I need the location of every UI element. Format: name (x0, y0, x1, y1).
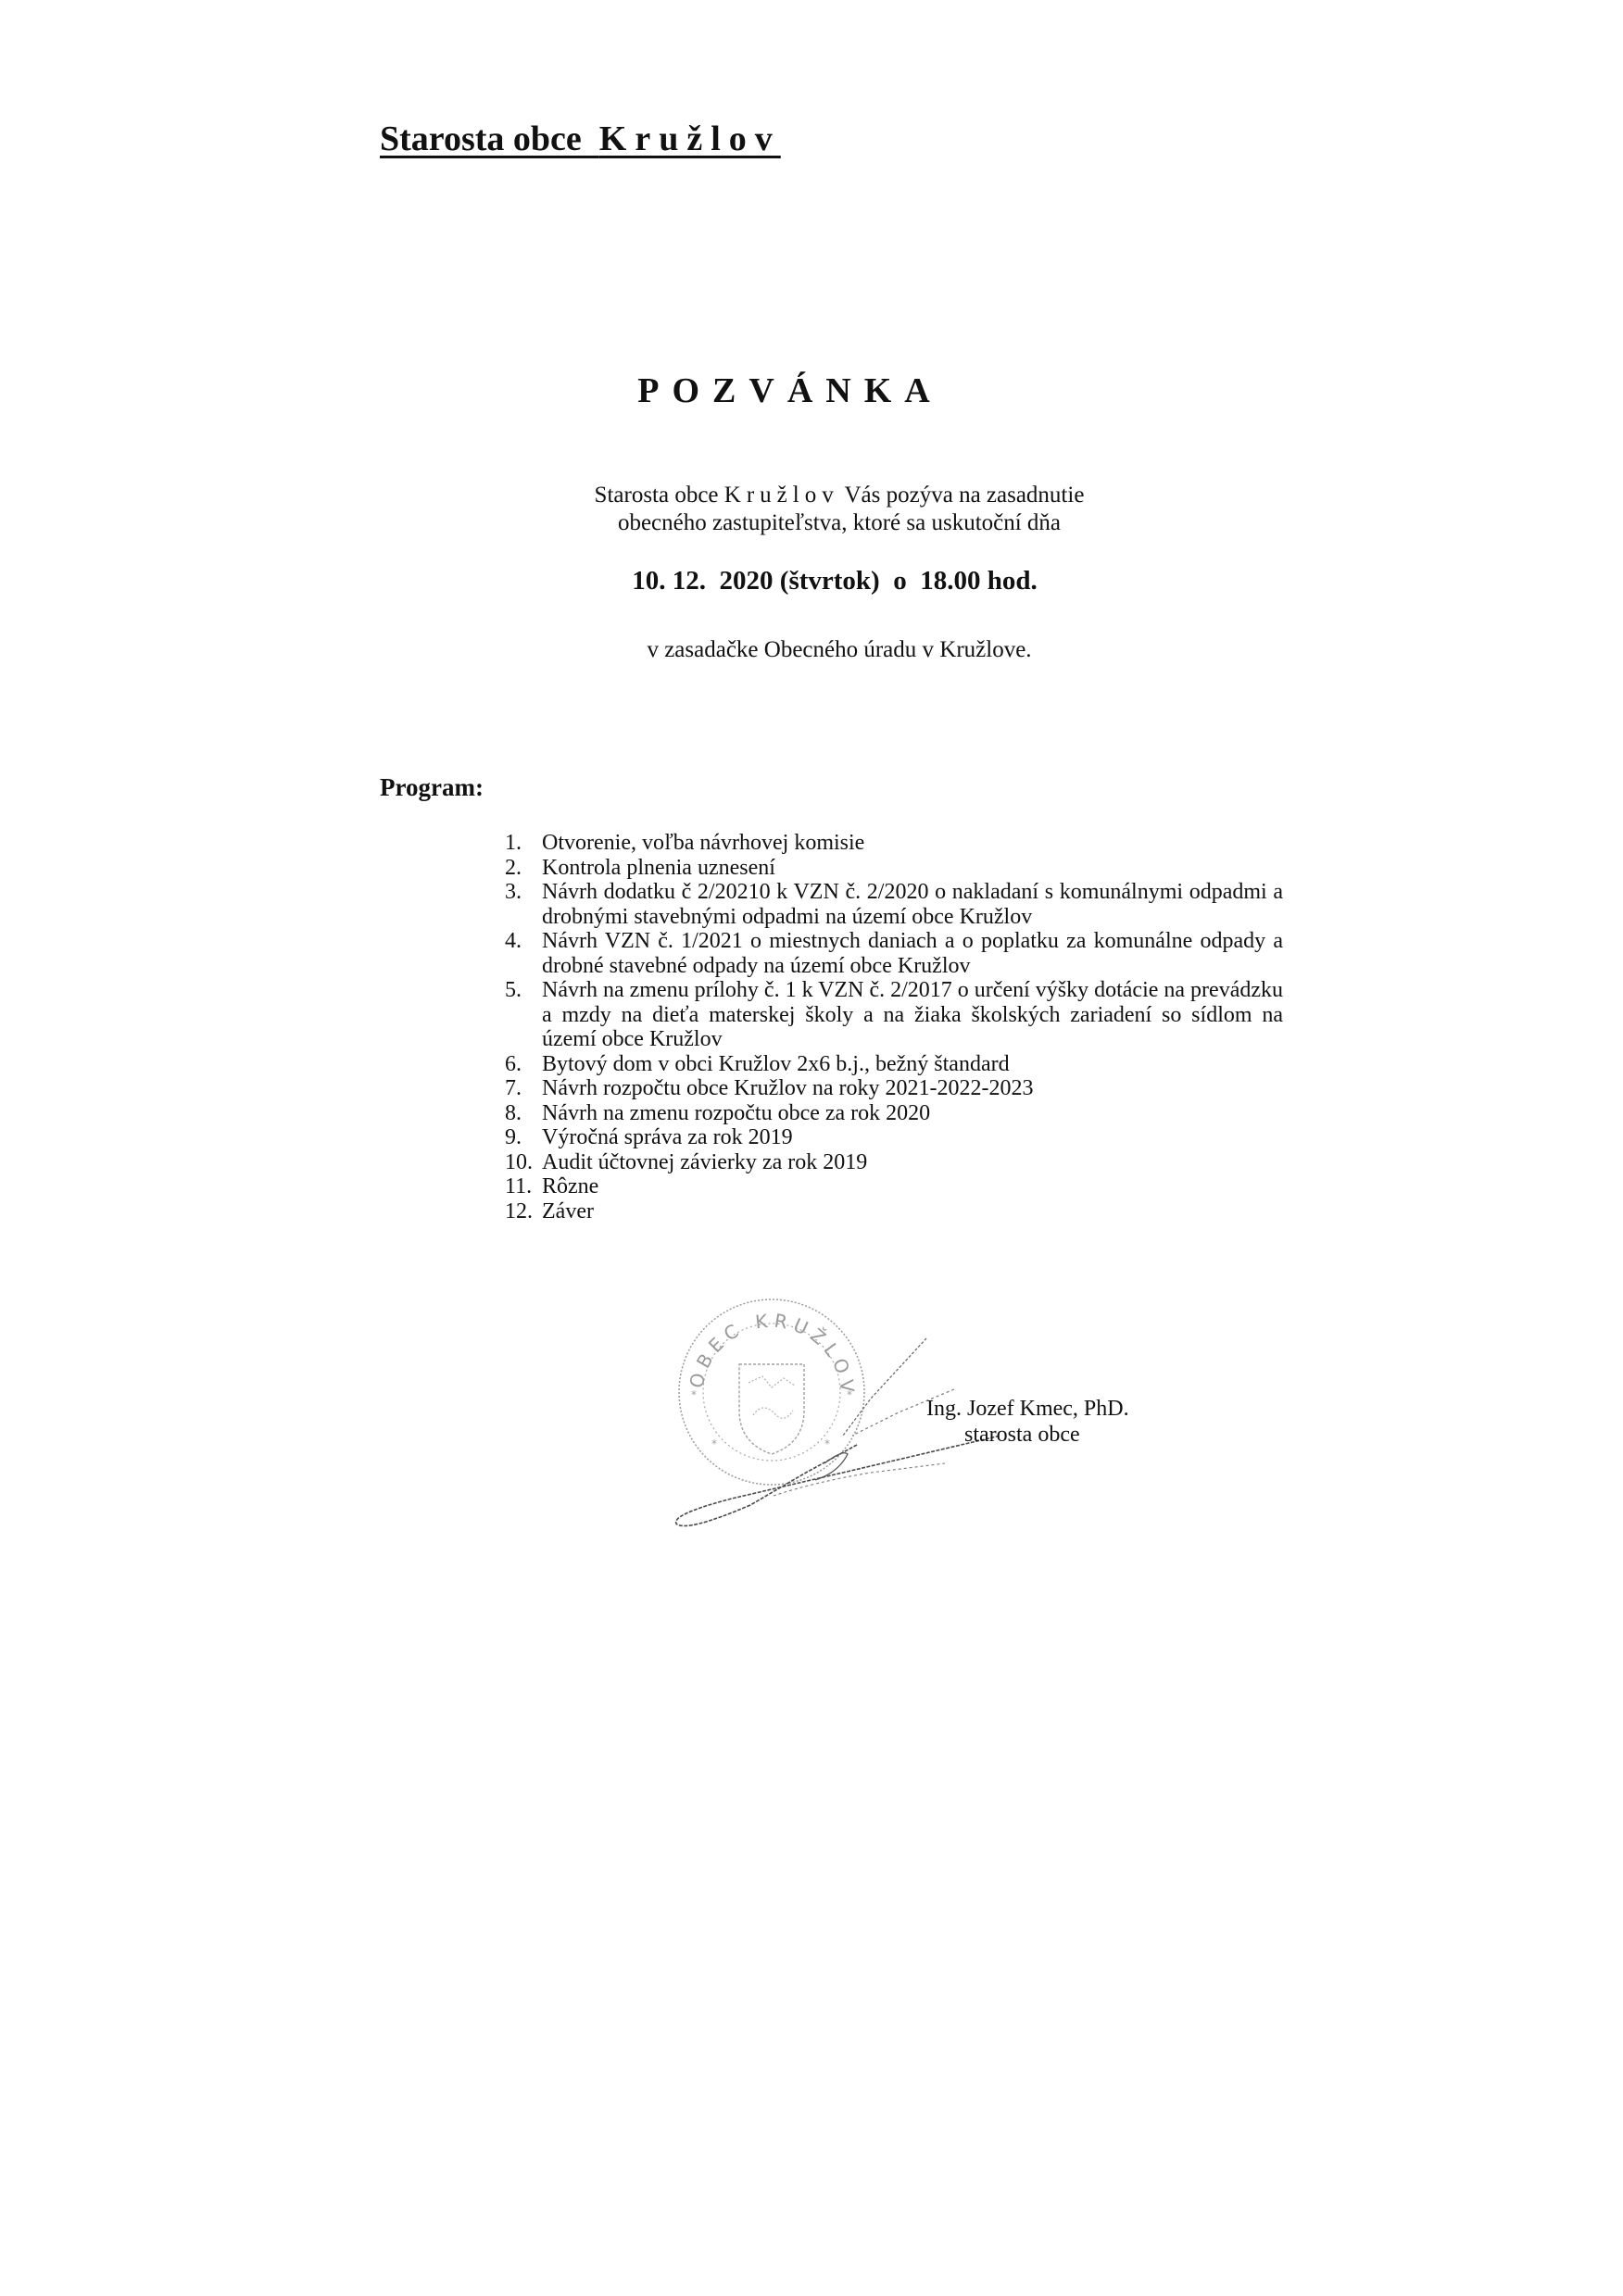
agenda-item: 1.Otvorenie, voľba návrhovej komisie (505, 831, 1283, 856)
agenda-item-number: 1. (505, 831, 542, 856)
agenda-item: 3.Návrh dodatku č 2/20210 k VZN č. 2/202… (505, 880, 1283, 929)
agenda-item-text: Návrh na zmenu prílohy č. 1 k VZN č. 2/2… (542, 978, 1283, 1052)
agenda-item-number: 9. (505, 1125, 542, 1150)
meeting-datetime: 10. 12. 2020 (štvrtok) o 18.00 hod. (0, 566, 1623, 596)
agenda-item-text: Rôzne (542, 1174, 1283, 1199)
agenda-item-text: Kontrola plnenia uznesení (542, 856, 1283, 881)
agenda-item-text: Návrh na zmenu rozpočtu obce za rok 2020 (542, 1101, 1283, 1126)
agenda-item-text: Návrh rozpočtu obce Kružlov na roky 2021… (542, 1076, 1283, 1101)
signer-role: starosta obce (964, 1423, 1080, 1448)
signer-name: Ing. Jozef Kmec, PhD. (926, 1397, 1129, 1422)
handwritten-signature-icon (658, 1334, 1010, 1537)
agenda-item-text: Návrh dodatku č 2/20210 k VZN č. 2/2020 … (542, 880, 1283, 929)
meeting-location: v zasadačke Obecného úradu v Kružlove. (0, 637, 1623, 663)
agenda-item: 4.Návrh VZN č. 1/2021 o miestnych daniac… (505, 929, 1283, 978)
intro-line-1: Starosta obce Kružlov Vás pozýva na zasa… (56, 482, 1623, 509)
agenda-item-text: Záver (542, 1199, 1283, 1224)
agenda-item: 8.Návrh na zmenu rozpočtu obce za rok 20… (505, 1101, 1283, 1126)
agenda-list: 1.Otvorenie, voľba návrhovej komisie2.Ko… (505, 831, 1283, 1223)
agenda-item: 11.Rôzne (505, 1174, 1283, 1199)
agenda-item: 10.Audit účtovnej závierky za rok 2019 (505, 1150, 1283, 1175)
letterhead-prefix: Starosta obce (380, 119, 599, 158)
agenda-item-text: Bytový dom v obci Kružlov 2x6 b.j., bežn… (542, 1052, 1283, 1077)
intro-suffix: Vás pozýva na zasadnutie (839, 483, 1085, 508)
agenda-item-number: 8. (505, 1101, 542, 1126)
agenda-item-text: Výročná správa za rok 2019 (542, 1125, 1283, 1150)
intro-village: Kružlov (724, 483, 839, 508)
agenda-item: 9.Výročná správa za rok 2019 (505, 1125, 1283, 1150)
intro-line-2: obecného zastupiteľstva, ktoré sa uskuto… (56, 509, 1623, 537)
letterhead-village: Kružlov (599, 119, 781, 158)
program-heading: Program: (380, 773, 484, 802)
agenda-item: 5.Návrh na zmenu prílohy č. 1 k VZN č. 2… (505, 978, 1283, 1052)
agenda-item-text: Návrh VZN č. 1/2021 o miestnych daniach … (542, 929, 1283, 978)
agenda-item-number: 7. (505, 1076, 542, 1101)
agenda-item: 6.Bytový dom v obci Kružlov 2x6 b.j., be… (505, 1052, 1283, 1077)
agenda-item-number: 10. (505, 1150, 542, 1175)
agenda-item-number: 3. (505, 880, 542, 905)
agenda-item-number: 4. (505, 929, 542, 954)
agenda-item: 7.Návrh rozpočtu obce Kružlov na roky 20… (505, 1076, 1283, 1101)
invitation-intro: Starosta obce Kružlov Vás pozýva na zasa… (0, 482, 1623, 537)
agenda-item-text: Otvorenie, voľba návrhovej komisie (542, 831, 1283, 856)
agenda-item-number: 2. (505, 856, 542, 881)
agenda-item: 12.Záver (505, 1199, 1283, 1224)
document-title: POZVÁNKA (0, 370, 1623, 411)
agenda-item-number: 6. (505, 1052, 542, 1077)
agenda-item-number: 11. (505, 1174, 542, 1199)
document-page: Starosta obce Kružlov POZVÁNKA Starosta … (0, 0, 1623, 2296)
letterhead-title: Starosta obce Kružlov (380, 119, 781, 159)
agenda-item-text: Audit účtovnej závierky za rok 2019 (542, 1150, 1283, 1175)
intro-prefix: Starosta obce (595, 483, 724, 508)
agenda-item-number: 5. (505, 978, 542, 1003)
agenda-item-number: 12. (505, 1199, 542, 1224)
agenda-item: 2.Kontrola plnenia uznesení (505, 856, 1283, 881)
